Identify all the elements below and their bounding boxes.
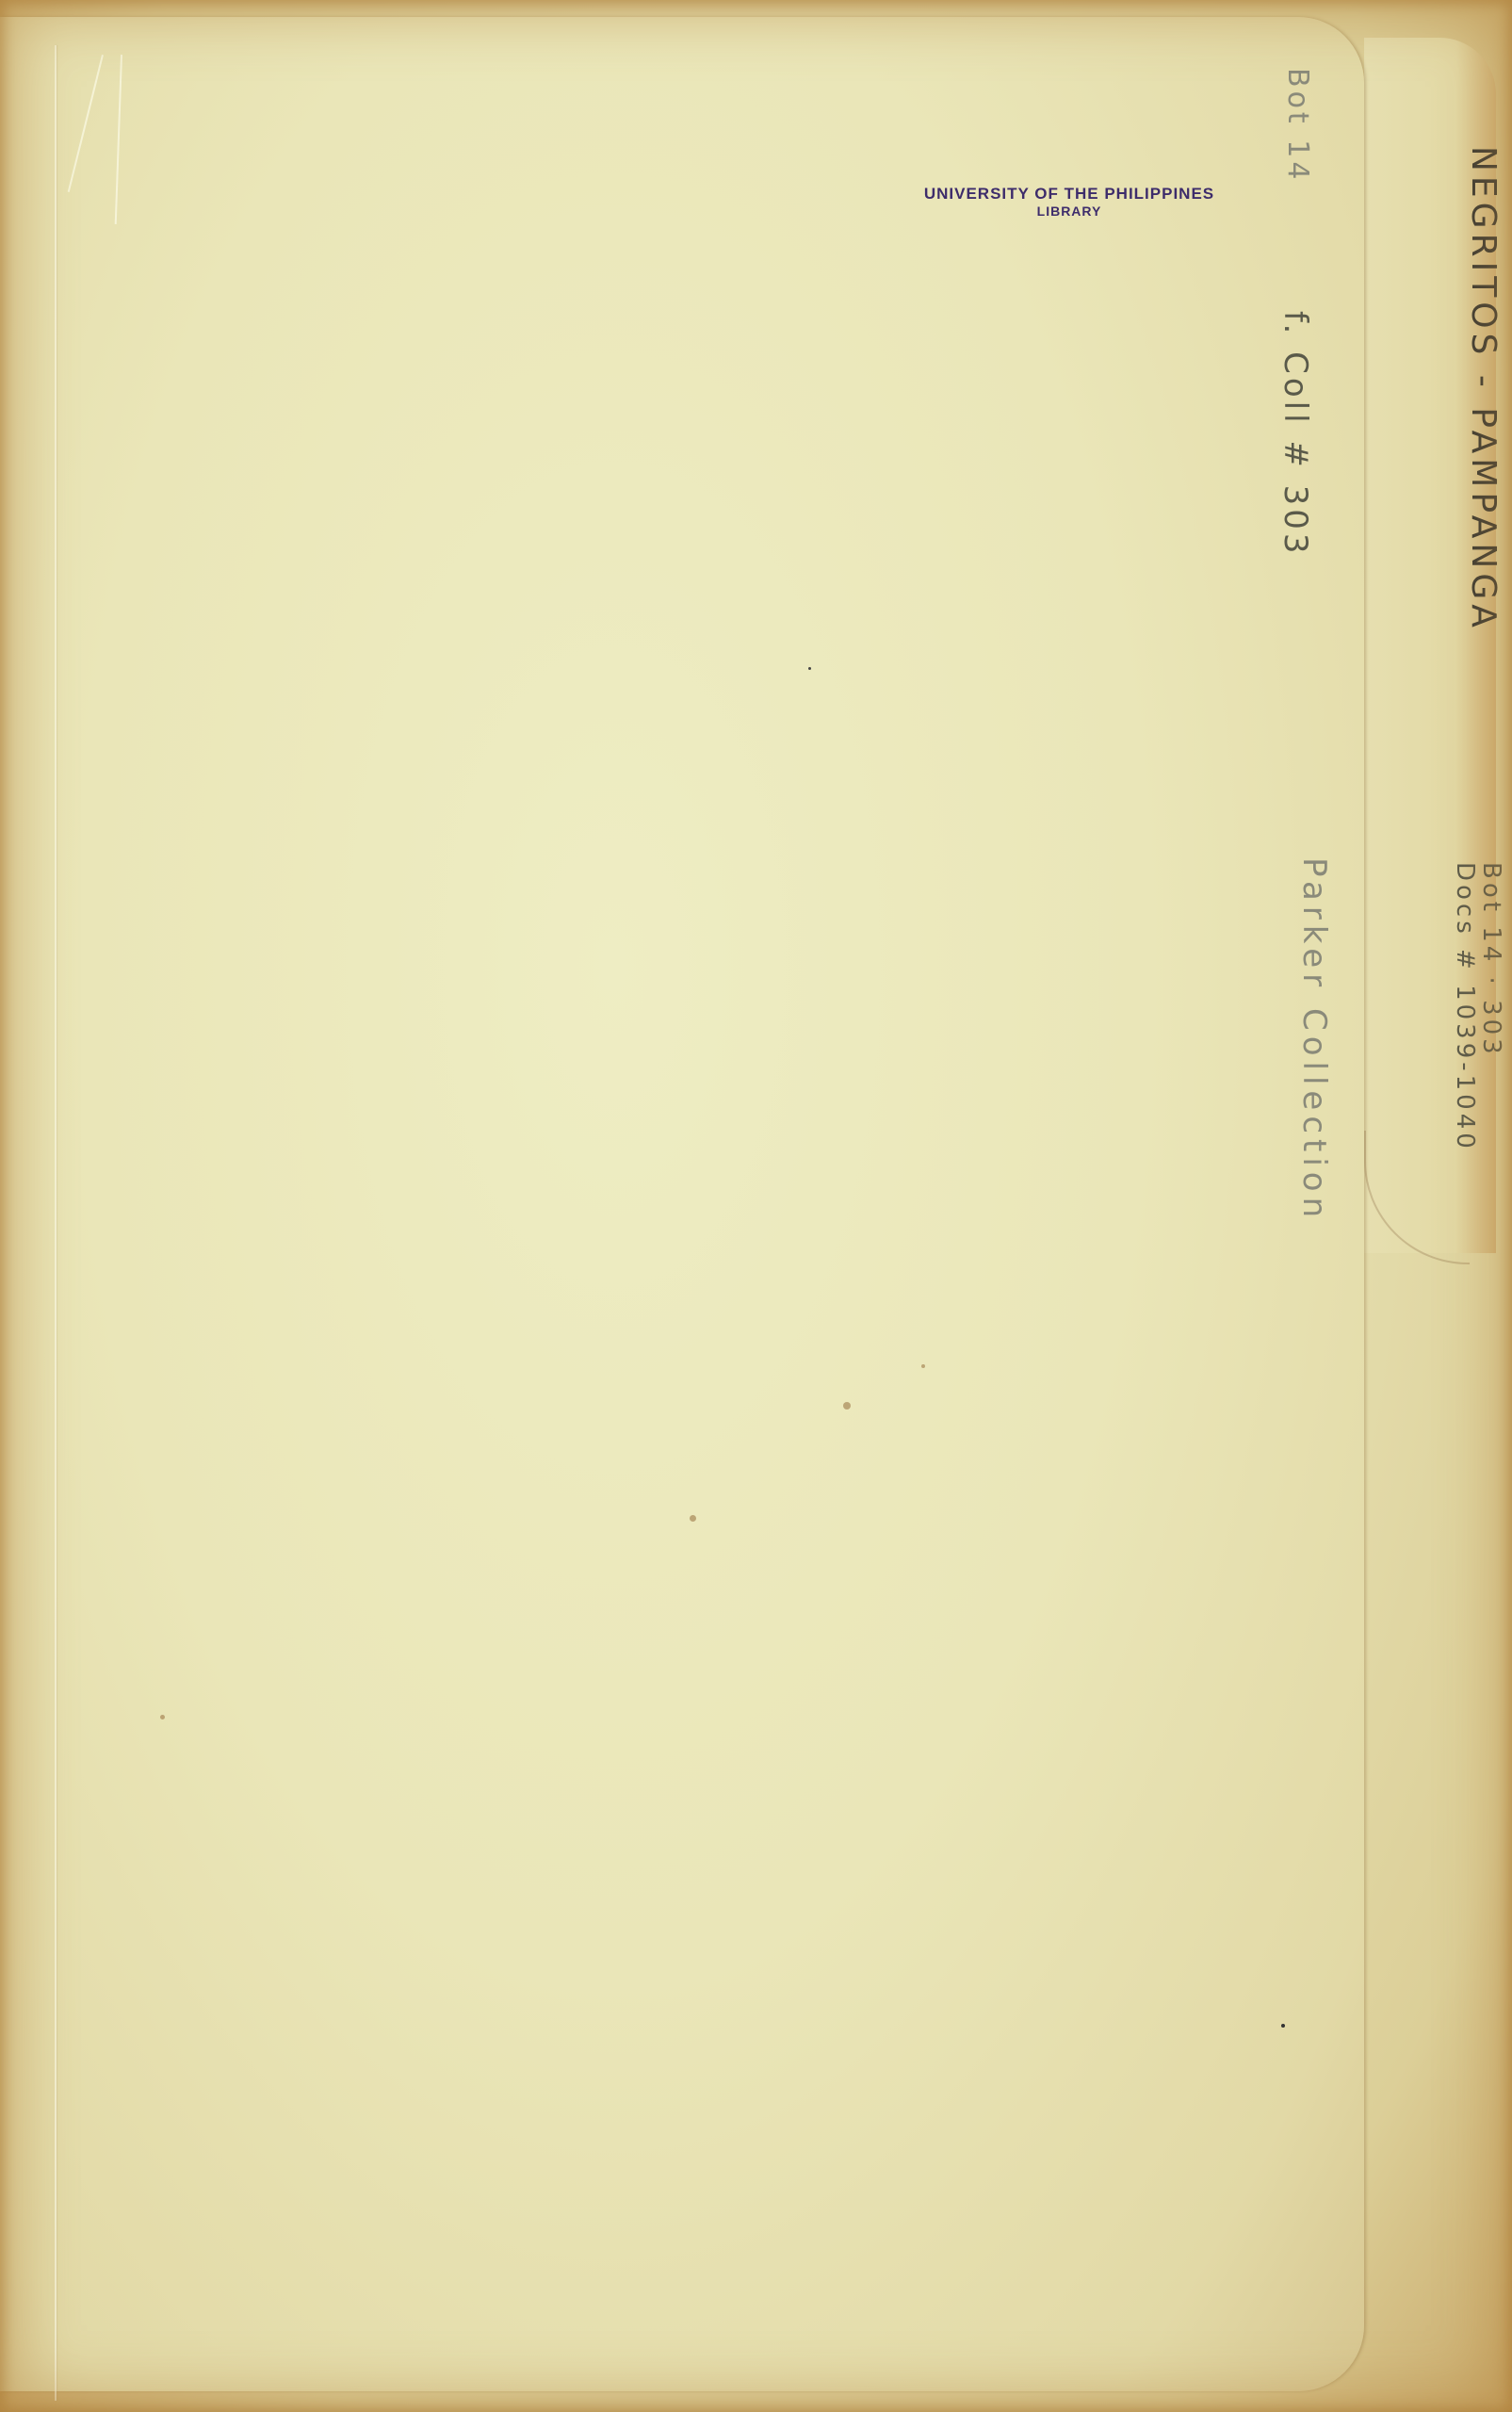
annotation-subject: NEGRITOS - PAMPANGA [1464, 146, 1503, 632]
paper-crease [115, 55, 122, 224]
stamp-line-1: UNIVERSITY OF THE PHILIPPINES [890, 185, 1248, 204]
dust-speck [1281, 2024, 1285, 2028]
foxing-spot [921, 1364, 925, 1368]
foxing-spot [843, 1402, 851, 1410]
paper-crease [68, 55, 104, 192]
foxing-spot [690, 1515, 696, 1522]
spine-fold-line [55, 45, 57, 2401]
dust-speck [808, 667, 811, 670]
stamp-line-2: LIBRARY [890, 204, 1248, 219]
library-stamp: UNIVERSITY OF THE PHILIPPINES LIBRARY [890, 185, 1248, 219]
annotation-collection-number: f. Coll # 303 [1276, 311, 1314, 558]
foxing-spot [160, 1715, 165, 1719]
annotation-bot-tab: Bot 14 [1281, 68, 1314, 183]
annotation-docs-ref: Docs # 1039-1040 [1451, 862, 1479, 1152]
annotation-box-ref: Bot 14 · 303 [1477, 862, 1505, 1058]
folder-front-cover [0, 17, 1364, 2391]
annotation-parker-collection: Parker Collection [1295, 857, 1333, 1223]
